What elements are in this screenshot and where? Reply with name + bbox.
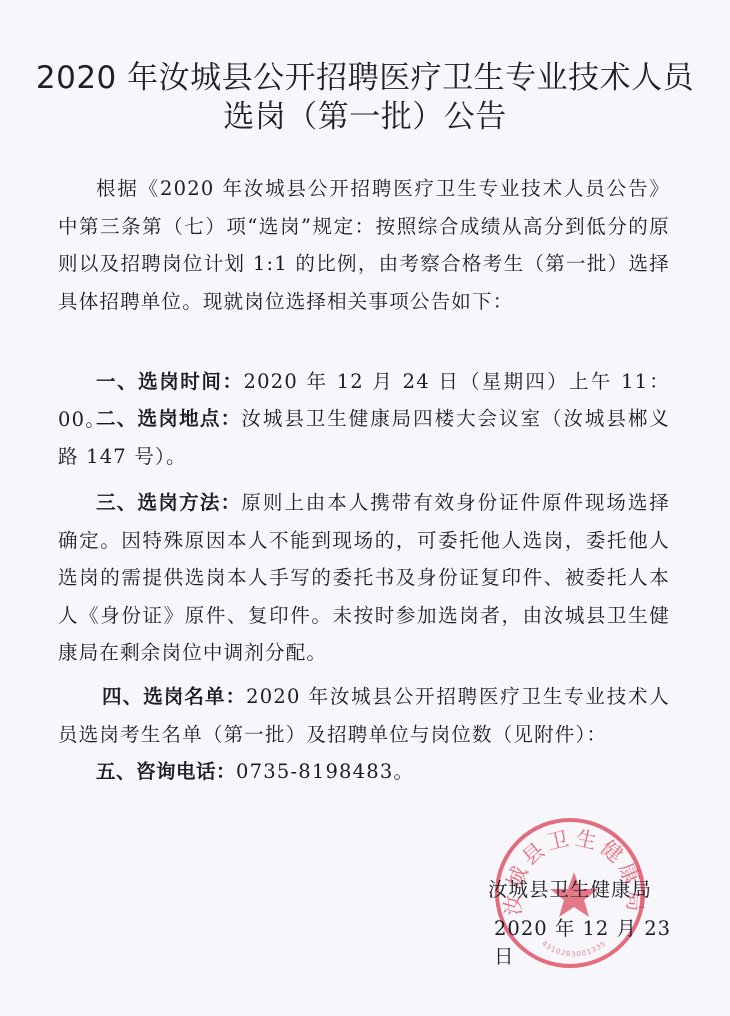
- item-label: 四、选岗名单：: [102, 685, 246, 708]
- item-label: 五、咨询电话：: [96, 760, 236, 783]
- item-label: 二、选岗地点：: [96, 407, 241, 430]
- document-title-line-2: 选岗（第一批）公告: [0, 91, 730, 136]
- document-page: 2020 年汝城县公开招聘医疗卫生专业技术人员 选岗（第一批）公告 根据《202…: [0, 0, 730, 1016]
- signature-organization: 汝城县卫生健康局: [488, 874, 678, 902]
- intro-paragraph: 根据《2020 年汝城县公开招聘医疗卫生专业技术人员公告》中第三条第（七）项“选…: [58, 170, 670, 320]
- signature-date: 2020 年 12 月 23 日: [494, 913, 684, 969]
- item-contact-phone: 五、咨询电话：0735-8198483。: [58, 753, 670, 791]
- item-label: 一、选岗时间：: [96, 370, 244, 393]
- item-selection-list: 四、选岗名单：2020 年汝城县公开招聘医疗卫生专业技术人员选岗考生名单（第一批…: [58, 678, 670, 753]
- item-label: 三、选岗方法：: [96, 491, 241, 514]
- item-text: 0735-8198483。: [236, 760, 414, 783]
- item-text: 原则上由本人携带有效身份证件原件现场选择确定。因特殊原因本人不能到现场的，可委托…: [58, 491, 670, 664]
- item-selection-method: 三、选岗方法：原则上由本人携带有效身份证件原件现场选择确定。因特殊原因本人不能到…: [58, 484, 670, 672]
- item-selection-location: 二、选岗地点：汝城县卫生健康局四楼大会议室（汝城县郴义路 147 号）。: [58, 400, 670, 475]
